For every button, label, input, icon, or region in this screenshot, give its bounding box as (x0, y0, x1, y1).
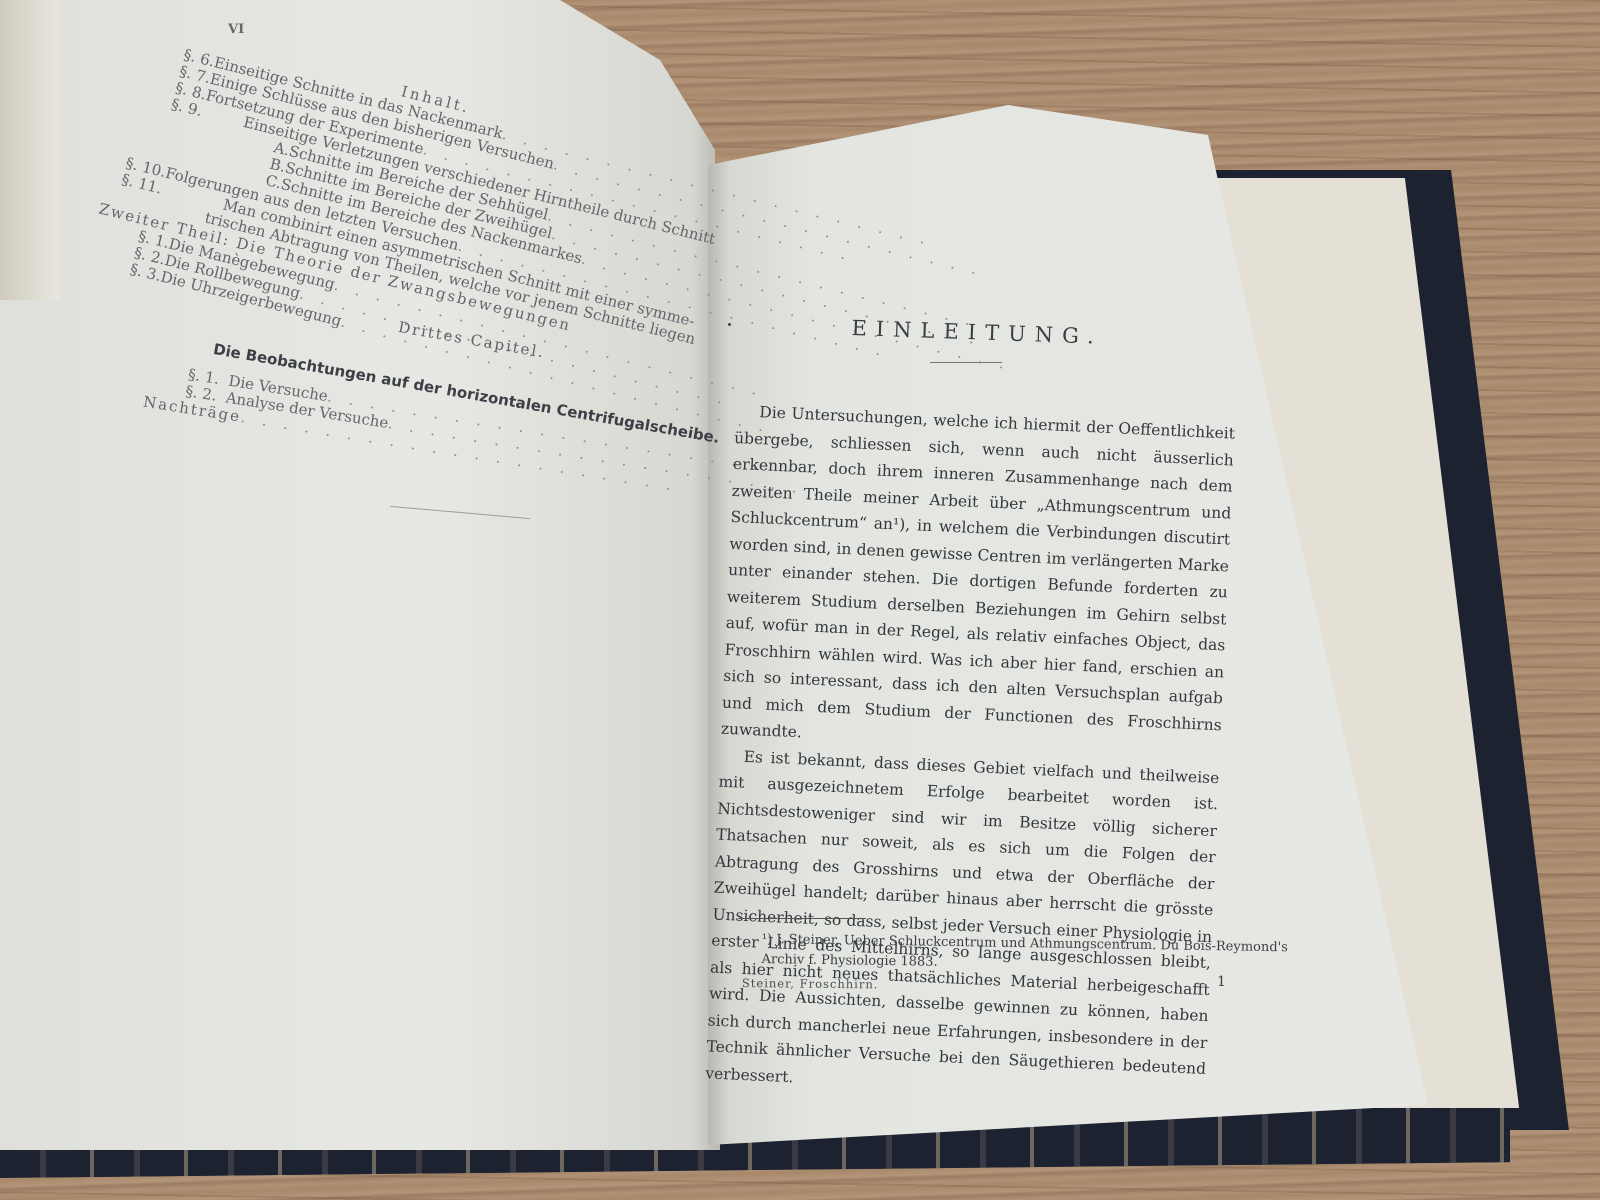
paragraph: Die Untersuchungen, welche ich hiermit d… (720, 398, 1235, 765)
body-text: Die Untersuchungen, welche ich hiermit d… (705, 398, 1236, 1109)
left-page-edge (0, 0, 60, 300)
paragraph: Es ist bekannt, dass dieses Gebiet vielf… (705, 742, 1220, 1109)
signature-line: Steiner, Froschhirn. (742, 976, 879, 991)
page-number-right: 1 (1217, 974, 1226, 990)
page-number-left: VI (228, 22, 244, 37)
title-rule (930, 362, 1002, 363)
ink-speck (728, 323, 731, 326)
footnote: ¹) J. Steiner, Ueber Schluckcentrum und … (761, 930, 1292, 978)
footnote-rule (738, 918, 866, 919)
